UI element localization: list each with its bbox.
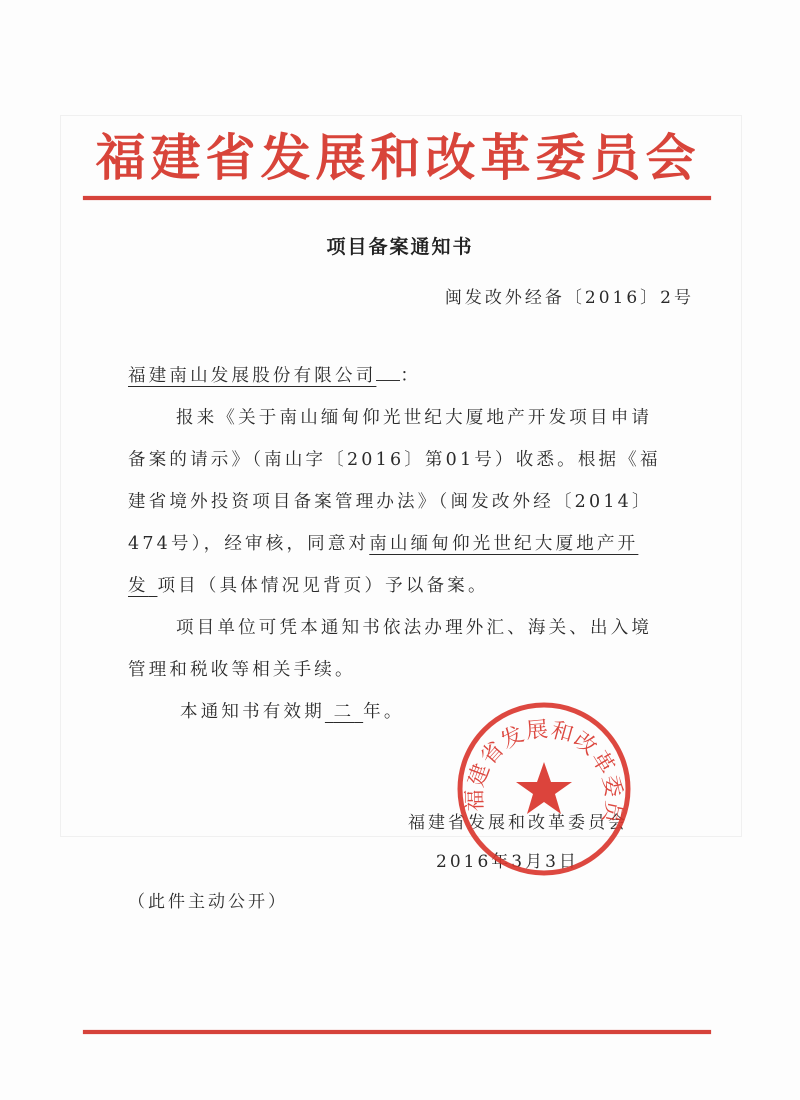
letterhead-red-rule <box>83 196 711 200</box>
official-seal-icon: 福建省发展和改革委员会 <box>455 700 633 878</box>
project-name-continued: 发 <box>128 576 149 596</box>
body-text: 本通知书有效期 <box>180 702 325 722</box>
svg-text:福建省发展和改革委员会: 福建省发展和改革委员会 <box>455 700 626 827</box>
document-title: 项目备案通知书 <box>0 232 800 259</box>
validity-years: 二 <box>325 702 363 722</box>
document-number: 闽发改外经备〔2016〕2号 <box>445 283 694 308</box>
public-disclosure-note: （此件主动公开） <box>128 887 288 912</box>
body-line: 报来《关于南山缅甸仰光世纪大厦地产开发项目申请 <box>176 404 652 429</box>
addressee-colon: ： <box>400 366 421 386</box>
body-text: 年。 <box>363 702 404 722</box>
body-text: 474号），经审核，同意对 <box>128 534 369 554</box>
validity-line: 本通知书有效期 二 年。 <box>180 698 405 723</box>
body-line: 项目单位可凭本通知书依法办理外汇、海关、出入境 <box>176 614 652 639</box>
letterhead-org-name: 福建省发展和改革委员会 <box>88 128 708 188</box>
project-name: 南山缅甸仰光世纪大厦地产开 <box>369 534 638 554</box>
show-through-table <box>60 115 742 837</box>
addressee-underline-pad <box>376 366 400 381</box>
body-text: 项目（具体情况见背页）予以备案。 <box>157 576 488 596</box>
body-line: 备案的请示》（南山字〔2016〕第01号）收悉。根据《福 <box>128 446 661 471</box>
addressee: 福建南山发展股份有限公司 <box>128 366 376 386</box>
body-line: 建省境外投资项目备案管理办法》（闽发改外经〔2014〕 <box>128 488 653 513</box>
footer-red-rule <box>83 1030 711 1034</box>
body-line: 管理和税收等相关手续。 <box>128 656 356 681</box>
body-line: 发 项目（具体情况见背页）予以备案。 <box>128 572 489 597</box>
body-line: 474号），经审核，同意对南山缅甸仰光世纪大厦地产开 <box>128 530 638 555</box>
addressee-line: 福建南山发展股份有限公司： <box>128 362 421 387</box>
